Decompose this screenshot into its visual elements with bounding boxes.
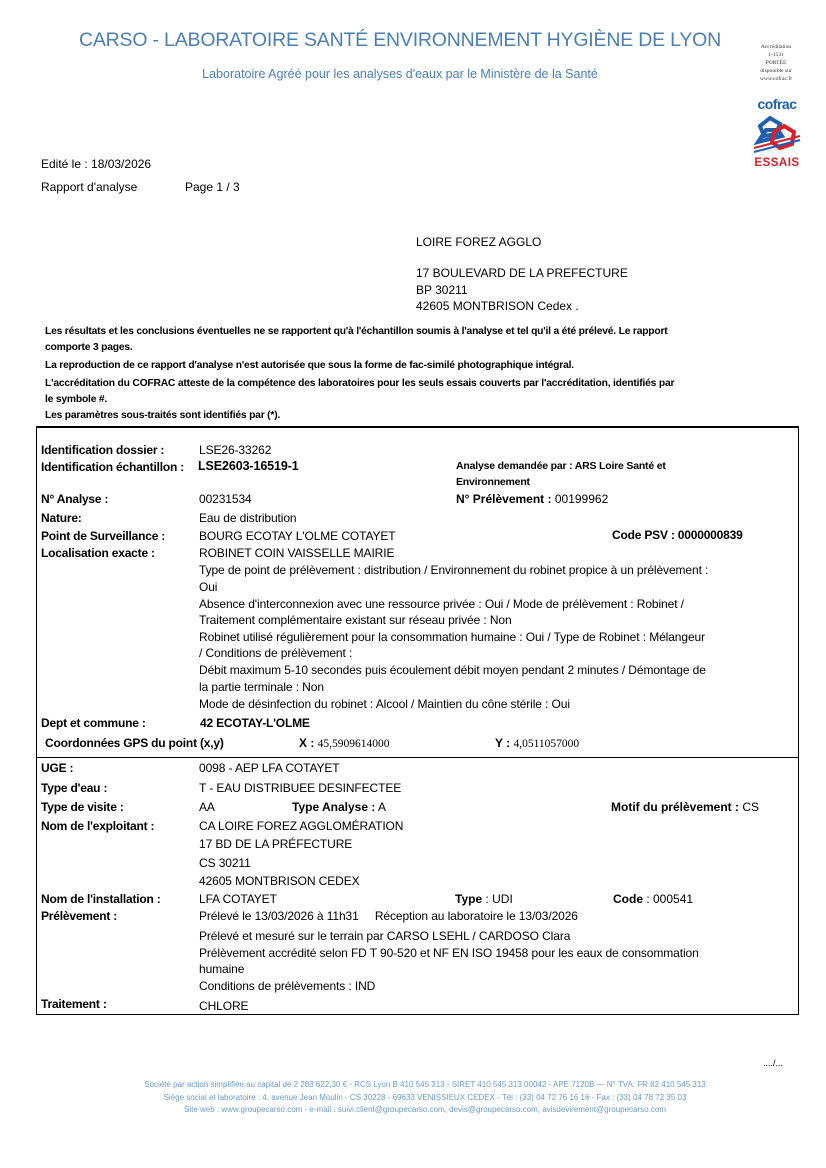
uge-label: UGE :	[41, 761, 73, 775]
exploitant-line: 17 BD DE LA PRÉFECTURE	[199, 837, 352, 851]
motif-label: Motif du prélèvement :	[611, 800, 739, 814]
gps-y: Y : 4,0511057000	[495, 736, 579, 750]
localisation-line: / Conditions de prélèvement :	[199, 646, 352, 660]
accreditation-line: 1-1531	[748, 51, 804, 59]
section-divider	[36, 757, 799, 758]
recipient-address-line: 17 BOULEVARD DE LA PREFECTURE	[416, 265, 628, 281]
nature-label: Nature:	[41, 511, 82, 525]
type-eau-value: T - EAU DISTRIBUEE DESINFECTEE	[199, 781, 401, 795]
motif-value: CS	[739, 800, 759, 814]
commune-value: 42 ECOTAY-L'OLME	[200, 716, 310, 730]
traitement-value: CHLORE	[199, 999, 248, 1013]
prelevement-number-label: N° Prélèvement :	[456, 492, 552, 506]
prelevement-number-value: 00199962	[552, 492, 609, 506]
gps-y-value: 4,0511057000	[513, 738, 579, 750]
dossier-label: Identification dossier :	[41, 443, 164, 457]
cofrac-logo-icon: cofrac ESSAIS	[752, 96, 802, 168]
localisation-line: Absence d'interconnexion avec une ressou…	[199, 597, 684, 611]
analyse-label: N° Analyse :	[41, 492, 108, 506]
exploitant-line: CS 30211	[199, 856, 251, 870]
gps-x: X : 45,5909614000	[299, 736, 390, 750]
exploitant-label: Nom de l'exploitant :	[41, 819, 154, 833]
accreditation-line: PORTÉE	[748, 59, 804, 67]
footer-line: Siège social et laboratoire : 4, avenue …	[0, 1092, 826, 1105]
localisation-line: Débit maximum 5-10 secondes puis écoulem…	[199, 663, 706, 677]
prelevement-line: humaine	[199, 962, 244, 976]
type-analyse-label: Type Analyse :	[292, 800, 375, 814]
footer-line: Site web : www.groupecarso.com - e-mail …	[0, 1104, 826, 1117]
notice-paragraph: La reproduction de ce rapport d'analyse …	[45, 358, 685, 374]
page-indicator: Page 1 / 3	[185, 180, 240, 194]
localisation-line: Oui	[199, 580, 217, 594]
footer: Société par action simplifiée au capital…	[0, 1079, 826, 1117]
exploitant-line: CA LOIRE FOREZ AGGLOMÉRATION	[199, 819, 403, 833]
localisation-line: Mode de désinfection du robinet : Alcool…	[199, 697, 570, 711]
installation-value: LFA COTAYET	[199, 892, 277, 906]
lab-subtitle: Laboratoire Agréé pour les analyses d'ea…	[0, 67, 800, 81]
recipient-address-line: 42605 MONTBRISON Cedex .	[416, 298, 579, 314]
dossier-value: LSE26-33262	[199, 443, 271, 457]
installation-code-value: : 000541	[643, 892, 693, 906]
motif: Motif du prélèvement : CS	[611, 800, 759, 814]
installation-type-value: : UDI	[482, 892, 513, 906]
uge-value: 0098 - AEP LFA COTAYET	[199, 761, 340, 775]
report-type: Rapport d'analyse	[41, 180, 137, 194]
analyse-value: 00231534	[199, 492, 252, 506]
installation-code-label: Code	[613, 892, 643, 906]
accreditation-line: Accréditation	[748, 43, 804, 51]
demandee-label: Analyse demandée par : ARS Loire Santé e…	[456, 460, 666, 472]
localisation-line: Traitement complémentaire existant sur r…	[199, 613, 512, 627]
prelevement-line: Conditions de prélèvements : IND	[199, 979, 375, 993]
recipient-address-line: BP 30211	[416, 282, 468, 298]
installation-code: Code : 000541	[613, 892, 693, 906]
notice-paragraph: L'accréditation du COFRAC atteste de la …	[45, 376, 685, 408]
psv-code: Code PSV : 0000000839	[612, 528, 743, 542]
echantillon-label: Identification échantillon :	[41, 460, 184, 474]
prelevement-label: Prélèvement :	[41, 909, 117, 923]
commune-label: Dept et commune :	[41, 716, 146, 730]
gps-label: Coordonnées GPS du point (x,y)	[45, 736, 224, 750]
gps-x-value: 45,5909614000	[318, 738, 390, 750]
type-analyse-value: A	[375, 800, 386, 814]
svg-text:cofrac: cofrac	[757, 96, 797, 112]
prelevement-line: Prélevé le 13/03/2026 à 11h31 Réception …	[199, 909, 578, 923]
visite-label: Type de visite :	[41, 800, 124, 814]
installation-label: Nom de l'installation :	[41, 892, 161, 906]
svg-text:ESSAIS: ESSAIS	[754, 157, 799, 168]
prelevement-line: Prélevé et mesuré sur le terrain par CAR…	[199, 929, 570, 943]
prelevement-line: Prélèvement accrédité selon FD T 90-520 …	[199, 946, 699, 960]
edited-date: Edité le : 18/03/2026	[41, 157, 151, 171]
notice-paragraph: Les paramètres sous-traités sont identif…	[45, 408, 685, 424]
recipient-name: LOIRE FOREZ AGGLO	[416, 234, 541, 250]
localisation-line: ROBINET COIN VAISSELLE MAIRIE	[199, 546, 394, 560]
exploitant-line: 42605 MONTBRISON CEDEX	[199, 874, 360, 888]
gps-y-label: Y :	[495, 736, 513, 750]
localisation-line: Robinet utilisé régulièrement pour la co…	[199, 630, 705, 644]
legal-notice: Les résultats et les conclusions éventue…	[45, 324, 685, 424]
type-analyse: Type Analyse : A	[292, 800, 386, 814]
localisation-label: Localisation exacte :	[41, 546, 155, 560]
accreditation-note: Accréditation 1-1531 PORTÉE disponible s…	[748, 43, 804, 83]
visite-value: AA	[199, 800, 215, 814]
localisation-line: Type de point de prélèvement : distribut…	[199, 563, 708, 577]
point-label: Point de Surveillance :	[41, 529, 165, 543]
demandee-label-cont: Environnement	[456, 476, 530, 488]
lab-title: CARSO - LABORATOIRE SANTÉ ENVIRONNEMENT …	[0, 29, 800, 52]
echantillon-value: LSE2603-16519-1	[198, 459, 299, 473]
installation-type-label: Type	[455, 892, 482, 906]
continuation-mark: ..../...	[763, 1058, 783, 1068]
footer-line: Société par action simplifiée au capital…	[0, 1079, 826, 1092]
nature-value: Eau de distribution	[199, 511, 297, 525]
sample-info-box	[36, 426, 799, 1015]
accreditation-line: disponible sur	[748, 67, 804, 75]
traitement-label: Traitement :	[41, 997, 107, 1011]
type-eau-label: Type d'eau :	[41, 781, 107, 795]
notice-paragraph: Les résultats et les conclusions éventue…	[45, 324, 685, 356]
installation-type: Type : UDI	[455, 892, 513, 906]
prelevement-number: N° Prélèvement : 00199962	[456, 492, 608, 506]
point-value: BOURG ECOTAY L'OLME COTAYET	[199, 529, 396, 543]
gps-x-label: X :	[299, 736, 318, 750]
localisation-line: la partie terminale : Non	[199, 680, 324, 694]
accreditation-line: www.cofrac.fr	[748, 75, 804, 83]
